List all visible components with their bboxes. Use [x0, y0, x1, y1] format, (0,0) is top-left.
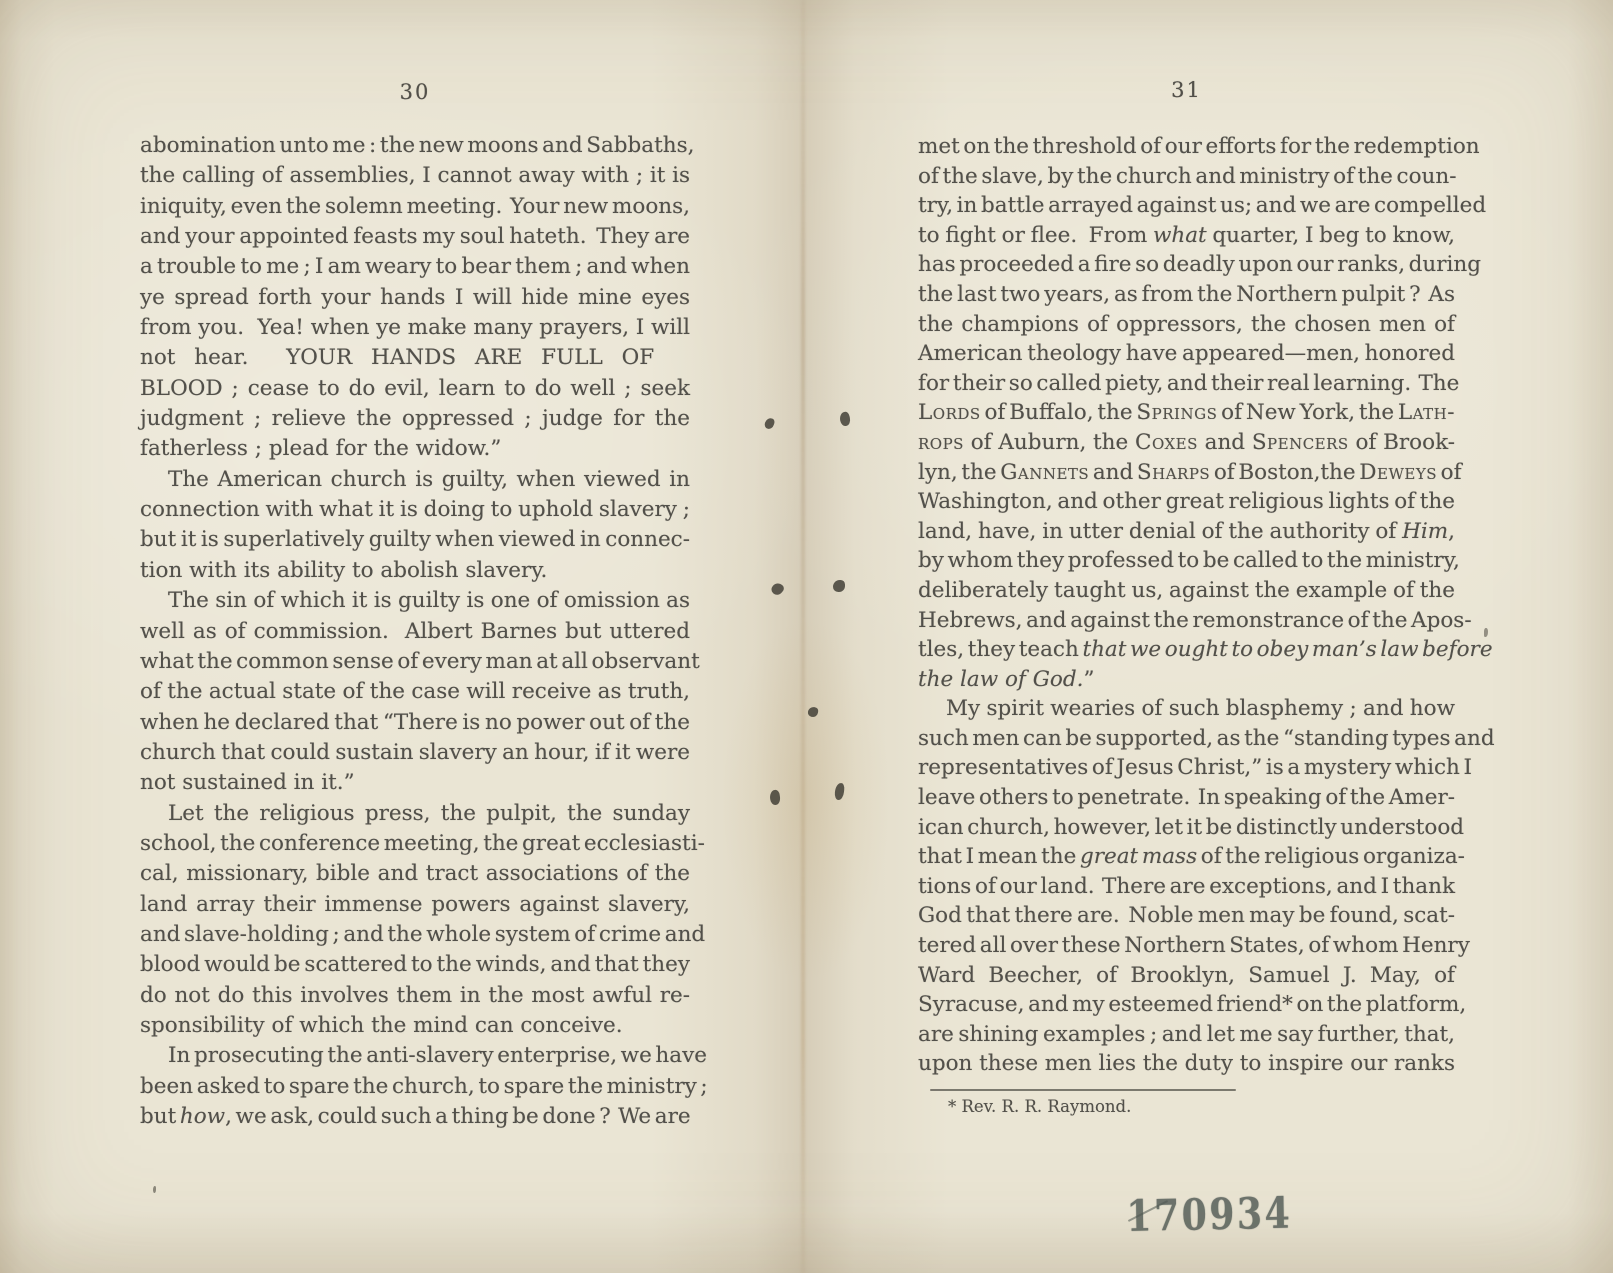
binding-thread-mark — [833, 580, 845, 592]
body-text: connection with what it is doing to upho… — [140, 497, 690, 522]
text-line: the calling of assemblies, I cannot away… — [140, 161, 690, 191]
text-line: well as of commission. Albert Barnes but… — [140, 617, 690, 647]
binding-thread-mark — [764, 417, 776, 430]
body-text: has proceeded a fire so deadly upon our … — [918, 252, 1481, 277]
body-text: do not do this involves them in the most… — [140, 983, 690, 1008]
binding-thread-mark — [769, 581, 785, 597]
text-line: for their so called piety, and their rea… — [918, 369, 1455, 399]
text-line: been asked to spare the church, to spare… — [140, 1072, 690, 1102]
text-line: sponsibility of which the mind can conce… — [140, 1011, 690, 1041]
body-text: of Brook- — [1349, 430, 1455, 455]
body-text: , we ask, could such a thing be done ? W… — [225, 1104, 691, 1129]
small-caps-name: Coxes — [1135, 430, 1198, 455]
text-line: met on the threshold of our efforts for … — [918, 132, 1455, 162]
text-line: iniquity, even the solemn meeting. Your … — [140, 192, 690, 222]
text-line: representatives of Jesus Christ,” is a m… — [918, 753, 1455, 783]
text-line: tions of our land. There are exceptions,… — [918, 872, 1455, 902]
text-line: school, the conference meeting, the grea… — [140, 829, 690, 859]
text-line: Lords of Buffalo, the Springs of New Yor… — [918, 398, 1455, 428]
body-text: and slave-holding ; and the whole system… — [140, 922, 705, 947]
text-line: BLOOD ; cease to do evil, learn to do we… — [140, 374, 690, 404]
body-text: tions of our land. There are exceptions,… — [918, 874, 1455, 899]
body-text: when he declared that “There is no power… — [140, 710, 690, 735]
text-line: upon these men lies the duty to inspire … — [918, 1049, 1455, 1079]
body-text: for their so called piety, and their rea… — [918, 371, 1459, 396]
body-text: land array their immense powers against … — [140, 892, 690, 917]
footnote-rule — [930, 1089, 1236, 1091]
binding-thread-mark — [834, 783, 845, 801]
small-caps-name: Lath- — [1398, 400, 1455, 425]
binding-thread-mark — [807, 706, 819, 718]
italic-text: Him — [1402, 519, 1448, 544]
text-line: land array their immense powers against … — [140, 890, 690, 920]
body-text: met on the threshold of our efforts for … — [918, 134, 1480, 159]
text-line: blood would be scattered to the winds, a… — [140, 950, 690, 980]
text-line: to fight or flee. From what quarter, I b… — [918, 221, 1455, 251]
text-line: Let the religious press, the pulpit, the… — [140, 799, 690, 829]
text-line: by whom they professed to be called to t… — [918, 546, 1455, 576]
body-text: upon these men lies the duty to inspire … — [918, 1051, 1455, 1076]
text-line: Washington, and other great religious li… — [918, 487, 1455, 517]
body-text: judgment ; relieve the oppressed ; judge… — [140, 406, 690, 431]
small-caps-name: Lords — [918, 400, 981, 425]
library-accession-stamp: 170934 — [1126, 1189, 1293, 1242]
page-number-31: 31 — [918, 78, 1455, 102]
body-text: ” — [1083, 667, 1094, 692]
body-text: the last two years, as from the Northern… — [918, 282, 1455, 307]
body-text: the calling of assemblies, I cannot away… — [140, 163, 690, 188]
body-text: representatives of Jesus Christ,” is a m… — [918, 755, 1472, 780]
body-text: cal, missionary, bible and tract associa… — [140, 861, 690, 886]
body-text: fatherless ; plead for the widow.” — [140, 436, 501, 461]
text-line: has proceeded a fire so deadly upon our … — [918, 250, 1455, 280]
italic-text: great mass — [1080, 844, 1197, 869]
binding-thread-mark — [839, 411, 852, 427]
body-text: lyn, the — [918, 460, 1000, 485]
small-caps-name: Spencers — [1252, 430, 1349, 455]
text-line: The American church is guilty, when view… — [140, 465, 690, 495]
body-text: Washington, and other great religious li… — [918, 489, 1455, 514]
body-text: abomination unto me : the new moons and … — [140, 133, 694, 158]
binding-thread-mark — [769, 789, 781, 805]
body-text: American theology have appeared—men, hon… — [918, 341, 1455, 366]
text-line: The sin of which it is guilty is one of … — [140, 586, 690, 616]
body-text: by whom they professed to be called to t… — [918, 548, 1460, 573]
small-caps-name: Springs — [1136, 400, 1217, 425]
text-line: but it is superlatively guilty when view… — [140, 525, 690, 555]
text-line: tles, they teach that we ought to obey m… — [918, 635, 1455, 665]
text-line: the last two years, as from the Northern… — [918, 280, 1455, 310]
body-text: Let the religious press, the pulpit, the… — [168, 801, 690, 826]
body-text: a trouble to me ; I am weary to bear the… — [140, 254, 690, 279]
body-text: to fight or flee. From — [918, 223, 1153, 248]
page-number-30: 30 — [140, 80, 690, 104]
text-line: My spirit wearies of such blasphemy ; an… — [918, 694, 1455, 724]
italic-text: how — [180, 1104, 225, 1129]
body-text: My spirit wearies of such blasphemy ; an… — [946, 696, 1455, 721]
body-text: leave others to penetrate. In speaking o… — [918, 785, 1455, 810]
text-line: the champions of oppressors, the chosen … — [918, 310, 1455, 340]
text-line: Ward Beecher, of Brooklyn, Samuel J. May… — [918, 961, 1455, 991]
text-line: God that there are. Noble men may be fou… — [918, 901, 1455, 931]
body-text: not hear. YOUR HANDS ARE FULL OF — [140, 345, 654, 370]
text-line: In prosecuting the anti-slavery enterpri… — [140, 1041, 690, 1071]
body-text: not sustained in it.” — [140, 770, 355, 795]
text-line: ye spread forth your hands I will hide m… — [140, 283, 690, 313]
text-line: what the common sense of every man at al… — [140, 647, 690, 677]
body-text: tered all over these Northern States, of… — [918, 933, 1470, 958]
text-line: of the slave, by the church and ministry… — [918, 162, 1455, 192]
body-text: such men can be supported, as the “stand… — [918, 726, 1495, 751]
body-text: of the actual state of the case will rec… — [140, 679, 690, 704]
body-text: and — [1198, 430, 1252, 455]
body-text: of Buffalo, the — [981, 400, 1137, 425]
body-text: what the common sense of every man at al… — [140, 649, 700, 674]
body-text: tion with its ability to abolish slavery… — [140, 558, 547, 583]
body-text: of the slave, by the church and ministry… — [918, 164, 1456, 189]
body-text: The American church is guilty, when view… — [168, 467, 690, 492]
body-text: from you. Yea! when ye make many prayers… — [140, 315, 690, 340]
small-caps-name: rops — [918, 430, 964, 455]
body-text: of — [1437, 460, 1462, 485]
text-line: but how, we ask, could such a thing be d… — [140, 1102, 690, 1132]
gutter-crease — [801, 0, 805, 1273]
small-caps-name: Gannets — [1000, 460, 1089, 485]
body-text: but — [140, 1104, 180, 1129]
small-caps-name: Sharps — [1137, 460, 1210, 485]
text-line: such men can be supported, as the “stand… — [918, 724, 1455, 754]
body-text: The sin of which it is guilty is one of … — [168, 588, 690, 613]
text-line: abomination unto me : the new moons and … — [140, 131, 690, 161]
body-text: but it is superlatively guilty when view… — [140, 527, 690, 552]
text-line: are shining examples ; and let me say fu… — [918, 1020, 1455, 1050]
text-line: do not do this involves them in the most… — [140, 981, 690, 1011]
body-text: In prosecuting the anti-slavery enterpri… — [168, 1043, 707, 1068]
body-text: of the religious organiza- — [1197, 844, 1465, 869]
body-text: Hebrews, and against the remonstrance of… — [918, 608, 1472, 633]
ink-speck — [153, 1186, 156, 1193]
body-text: and your appointed feasts my soul hateth… — [140, 224, 690, 249]
body-text: been asked to spare the church, to spare… — [140, 1074, 708, 1099]
small-caps-name: Deweys — [1359, 460, 1437, 485]
text-line: when he declared that “There is no power… — [140, 708, 690, 738]
text-line: and your appointed feasts my soul hateth… — [140, 222, 690, 252]
italic-text: the law of God. — [918, 667, 1083, 692]
footnote-text: * Rev. R. R. Raymond. — [948, 1097, 1131, 1116]
text-line: fatherless ; plead for the widow.” — [140, 434, 690, 464]
text-line: try, in battle arrayed against us; and w… — [918, 191, 1455, 221]
body-text: BLOOD ; cease to do evil, learn to do we… — [140, 376, 690, 401]
italic-text: that we ought to obey man’s law before — [1082, 637, 1492, 662]
text-line: rops of Auburn, the Coxes and Spencers o… — [918, 428, 1455, 458]
text-line: tered all over these Northern States, of… — [918, 931, 1455, 961]
body-text: the champions of oppressors, the chosen … — [918, 312, 1455, 337]
body-text: land, have, in utter denial of the autho… — [918, 519, 1402, 544]
text-line: connection with what it is doing to upho… — [140, 495, 690, 525]
body-text: deliberately taught us, against the exam… — [918, 578, 1455, 603]
page-30-text-column: abomination unto me : the new moons and … — [140, 131, 690, 1132]
body-text: blood would be scattered to the winds, a… — [140, 952, 690, 977]
text-line: the law of God.” — [918, 665, 1455, 695]
text-line: Syracuse, and my esteemed friend* on the… — [918, 990, 1455, 1020]
text-line: deliberately taught us, against the exam… — [918, 576, 1455, 606]
body-text: of Auburn, the — [964, 430, 1135, 455]
body-text: Ward Beecher, of Brooklyn, Samuel J. May… — [918, 963, 1455, 988]
body-text: that I mean the — [918, 844, 1080, 869]
body-text: ican church, however, let it be distinct… — [918, 815, 1464, 840]
body-text: are shining examples ; and let me say fu… — [918, 1022, 1455, 1047]
body-text: God that there are. Noble men may be fou… — [918, 903, 1455, 928]
text-line: tion with its ability to abolish slavery… — [140, 556, 690, 586]
text-line: leave others to penetrate. In speaking o… — [918, 783, 1455, 813]
body-text: quarter, I beg to know, — [1207, 223, 1455, 248]
text-line: and slave-holding ; and the whole system… — [140, 920, 690, 950]
body-text: iniquity, even the solemn meeting. Your … — [140, 194, 690, 219]
text-line: not hear. YOUR HANDS ARE FULL OF — [140, 343, 690, 373]
text-line: cal, missionary, bible and tract associa… — [140, 859, 690, 889]
body-text: church that could sustain slavery an hou… — [140, 740, 690, 765]
body-text: tles, they teach — [918, 637, 1082, 662]
text-line: that I mean the great mass of the religi… — [918, 842, 1455, 872]
body-text: well as of commission. Albert Barnes but… — [140, 619, 690, 644]
text-line: lyn, the Gannets and Sharps of Boston,th… — [918, 458, 1455, 488]
text-line: ican church, however, let it be distinct… — [918, 813, 1455, 843]
book-spread-scan: 30 31 abomination unto me : the new moon… — [0, 0, 1613, 1273]
text-line: judgment ; relieve the oppressed ; judge… — [140, 404, 690, 434]
text-line: land, have, in utter denial of the autho… — [918, 517, 1455, 547]
body-text: Syracuse, and my esteemed friend* on the… — [918, 992, 1466, 1017]
body-text: of Boston,the — [1210, 460, 1359, 485]
body-text: try, in battle arrayed against us; and w… — [918, 193, 1486, 218]
page-31-text-column: met on the threshold of our efforts for … — [918, 132, 1455, 1079]
body-text: , — [1448, 519, 1455, 544]
body-text: of New York, the — [1217, 400, 1398, 425]
text-line: a trouble to me ; I am weary to bear the… — [140, 252, 690, 282]
body-text: and — [1089, 460, 1137, 485]
text-line: from you. Yea! when ye make many prayers… — [140, 313, 690, 343]
text-line: of the actual state of the case will rec… — [140, 677, 690, 707]
body-text: sponsibility of which the mind can conce… — [140, 1013, 623, 1038]
text-line: not sustained in it.” — [140, 768, 690, 798]
text-line: American theology have appeared—men, hon… — [918, 339, 1455, 369]
body-text: school, the conference meeting, the grea… — [140, 831, 705, 856]
text-line: Hebrews, and against the remonstrance of… — [918, 606, 1455, 636]
text-line: church that could sustain slavery an hou… — [140, 738, 690, 768]
italic-text: what — [1153, 223, 1207, 248]
body-text: ye spread forth your hands I will hide m… — [140, 285, 690, 310]
